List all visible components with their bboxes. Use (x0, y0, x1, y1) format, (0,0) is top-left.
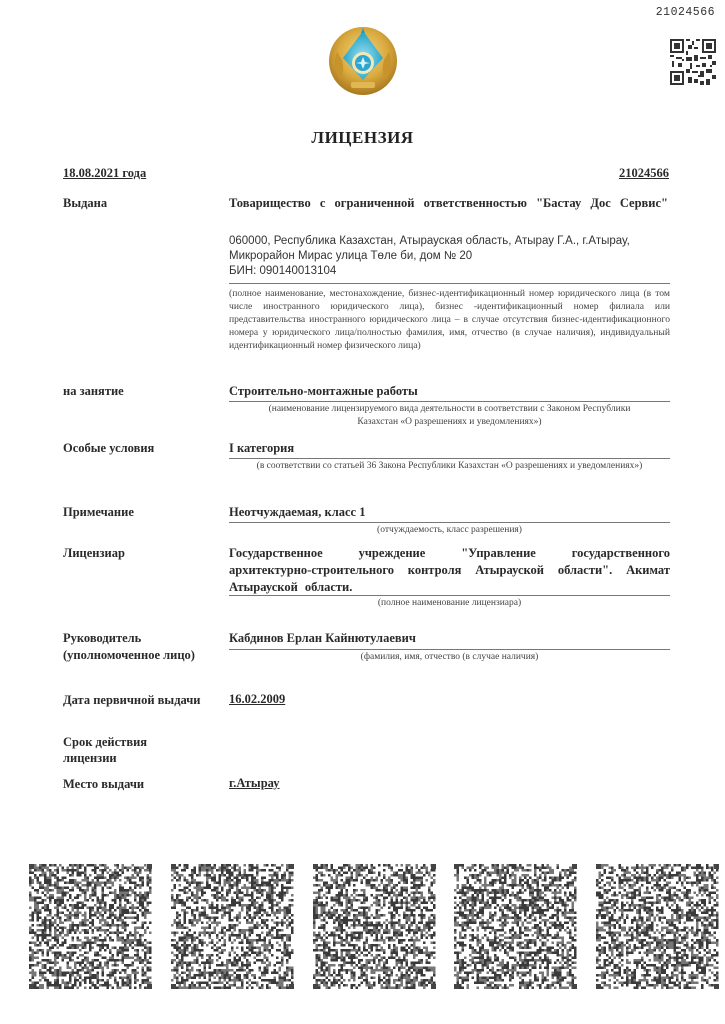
2d-barcode-icon (596, 864, 719, 989)
remark-note: (отчуждаемость, класс разрешения) (229, 524, 670, 537)
corner-document-number: 21024566 (656, 6, 715, 19)
head-label-line2: (уполномоченное лицо) (63, 647, 195, 664)
special-conditions-note: (в соответствии со статьей 36 Закона Рес… (229, 460, 670, 473)
special-conditions-value: I категория (229, 440, 670, 457)
divider (229, 522, 670, 523)
barcode-strip (29, 864, 719, 989)
2d-barcode-icon (171, 864, 294, 989)
divider (229, 595, 670, 596)
document-title: ЛИЦЕНЗИЯ (0, 128, 725, 148)
kazakhstan-state-emblem-icon (325, 22, 401, 98)
first-issue-date-label: Дата первичной выдачи (63, 692, 201, 709)
activity-value: Строительно-монтажные работы (229, 383, 670, 400)
validity-label-line1: Срок действия (63, 734, 147, 751)
head-label-line1: Руководитель (63, 630, 141, 647)
head-value: Кабдинов Ерлан Кайнютулаевич (229, 630, 670, 647)
place-of-issue-value: г.Атырау (229, 776, 280, 791)
2d-barcode-icon (454, 864, 577, 989)
licensor-value: Государственное учреждение "Управление г… (229, 545, 670, 596)
remark-label: Примечание (63, 504, 134, 521)
licensor-note: (полное наименование лицензиара) (229, 597, 670, 610)
head-note: (фамилия, имя, отчество (в случае наличи… (229, 651, 670, 664)
validity-label-line2: лицензии (63, 750, 117, 767)
2d-barcode-icon (313, 864, 436, 989)
issued-to-address-line2: Микрорайон Мирас улица Төле би, дом № 20 (229, 249, 670, 264)
activity-note: (наименование лицензируемого вида деятел… (229, 403, 670, 429)
qr-code-icon (668, 37, 718, 87)
issued-to-label: Выдана (63, 195, 107, 212)
divider (229, 458, 670, 459)
activity-label: на занятие (63, 383, 124, 400)
2d-barcode-icon (29, 864, 152, 989)
divider (229, 401, 670, 402)
license-number: 21024566 (619, 166, 669, 181)
issued-to-note: (полное наименование, местонахождение, б… (229, 287, 670, 352)
place-of-issue-label: Место выдачи (63, 776, 144, 793)
divider (229, 649, 670, 650)
divider (229, 283, 670, 284)
first-issue-date-value: 16.02.2009 (229, 692, 285, 707)
issued-to-address-line1: 060000, Республика Казахстан, Атырауская… (229, 234, 670, 249)
issue-date: 18.08.2021 года (63, 166, 146, 181)
issued-to-value: Товарищество с ограниченной ответственно… (229, 195, 670, 212)
remark-value: Неотчуждаемая, класс 1 (229, 504, 670, 521)
special-conditions-label: Особые условия (63, 440, 154, 457)
issued-to-bin: БИН: 090140013104 (229, 264, 670, 279)
licensor-label: Лицензиар (63, 545, 125, 562)
